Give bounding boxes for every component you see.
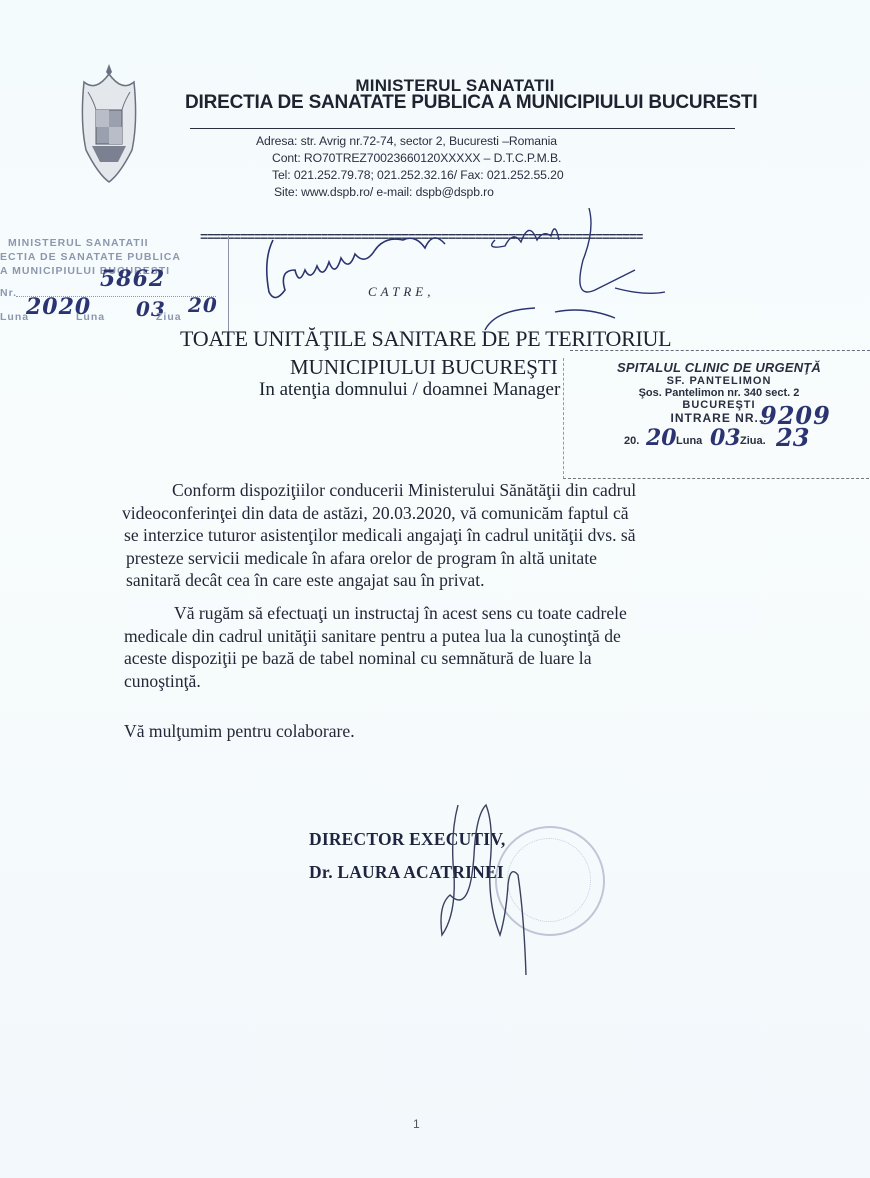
hospital-address: Şos. Pantelimon nr. 340 sect. 2 [564,387,870,399]
handwritten-signature-icon [430,795,540,985]
directorate-title: DIRECTIA DE SANATATE PUBLICA A MUNICIPIU… [185,92,757,114]
body-p1-line-3: se interzice tuturor asistenţilor medica… [124,524,802,547]
body-p2-line-2: medicale din cadrul unităţii sanitare pe… [124,625,804,648]
hospital-name: SPITALUL CLINIC DE URGENŢĂ [564,360,870,375]
body-p2-line-4: cunoştinţă. [124,670,804,693]
body-paragraph-2: Vă rugăm să efectuaţi un instructaj în a… [124,602,804,692]
header-rule [190,128,735,129]
hospital-stamp: SPITALUL CLINIC DE URGENŢĂ SF. PANTELIMO… [563,358,870,479]
recipient-line-2: MUNICIPIULUI BUCUREŞTI [290,355,558,380]
registration-stamp: MINISTERUL SANATATII ECTIA DE SANATATE P… [0,236,229,338]
handwritten-annotation [255,200,675,335]
day-value: 23 [776,423,809,452]
body-paragraph-1: Conform dispoziţiilor conducerii Ministe… [122,479,802,592]
stamp-month-label: Luna [0,310,29,324]
stamp-day-label: Ziua [156,310,182,324]
recipient-line-1: TOATE UNITĂŢILE SANITARE DE PE TERITORIU… [180,326,671,352]
hospital-subname: SF. PANTELIMON [564,375,870,387]
address-line: Adresa: str. Avrig nr.72-74, sector 2, B… [256,134,557,148]
stamp-day-value: 20 [188,298,218,312]
web-line: Site: www.dspb.ro/ e-mail: dspb@dspb.ro [274,185,494,199]
to-label: CATRE, [368,284,435,300]
month-value: 03 [710,425,741,451]
body-p1-line-2: videoconferinţei din data de astăzi, 20.… [122,502,802,525]
body-p1-line-4: presteze servicii medicale în afara orel… [126,547,802,570]
stamp-nr-value: 5862 [100,272,165,286]
hospital-city-text: BUCUREŞTI [682,399,755,411]
stamp-nr-label: Nr. [0,286,17,300]
attention-line: In atenţia domnului / doamnei Manager [259,379,560,401]
entry-label: INTRARE NR. [670,411,758,425]
page-mark: 1 [413,1117,420,1131]
body-p1-line-5: sanitară decât cea în care este angajat … [126,569,802,592]
closing-line: Vă mulţumim pentru colaborare. [124,720,804,743]
stamp-line-2: ECTIA DE SANATATE PUBLICA [0,250,228,264]
month-label: Luna [676,435,702,447]
body-p1-line-1: Conform dispoziţiilor conducerii Ministe… [122,479,802,502]
year-value: 20 [646,425,677,451]
body-p2-line-1: Vă rugăm să efectuaţi un instructaj în a… [124,602,804,625]
year-prefix: 20. [624,435,639,447]
phone-line: Tel: 021.252.79.78; 021.252.32.16/ Fax: … [272,168,564,182]
recipient-rule [570,350,870,351]
body-p2-line-3: aceste dispoziţii pe bază de tabel nomin… [124,647,804,670]
account-line: Cont: RO70TREZ70023660120XXXXX – D.T.C.P… [272,151,561,165]
stamp-month-label-2: Luna [76,310,105,324]
day-label: Ziua. [740,435,766,447]
stamp-line-1: MINISTERUL SANATATII [8,236,228,250]
